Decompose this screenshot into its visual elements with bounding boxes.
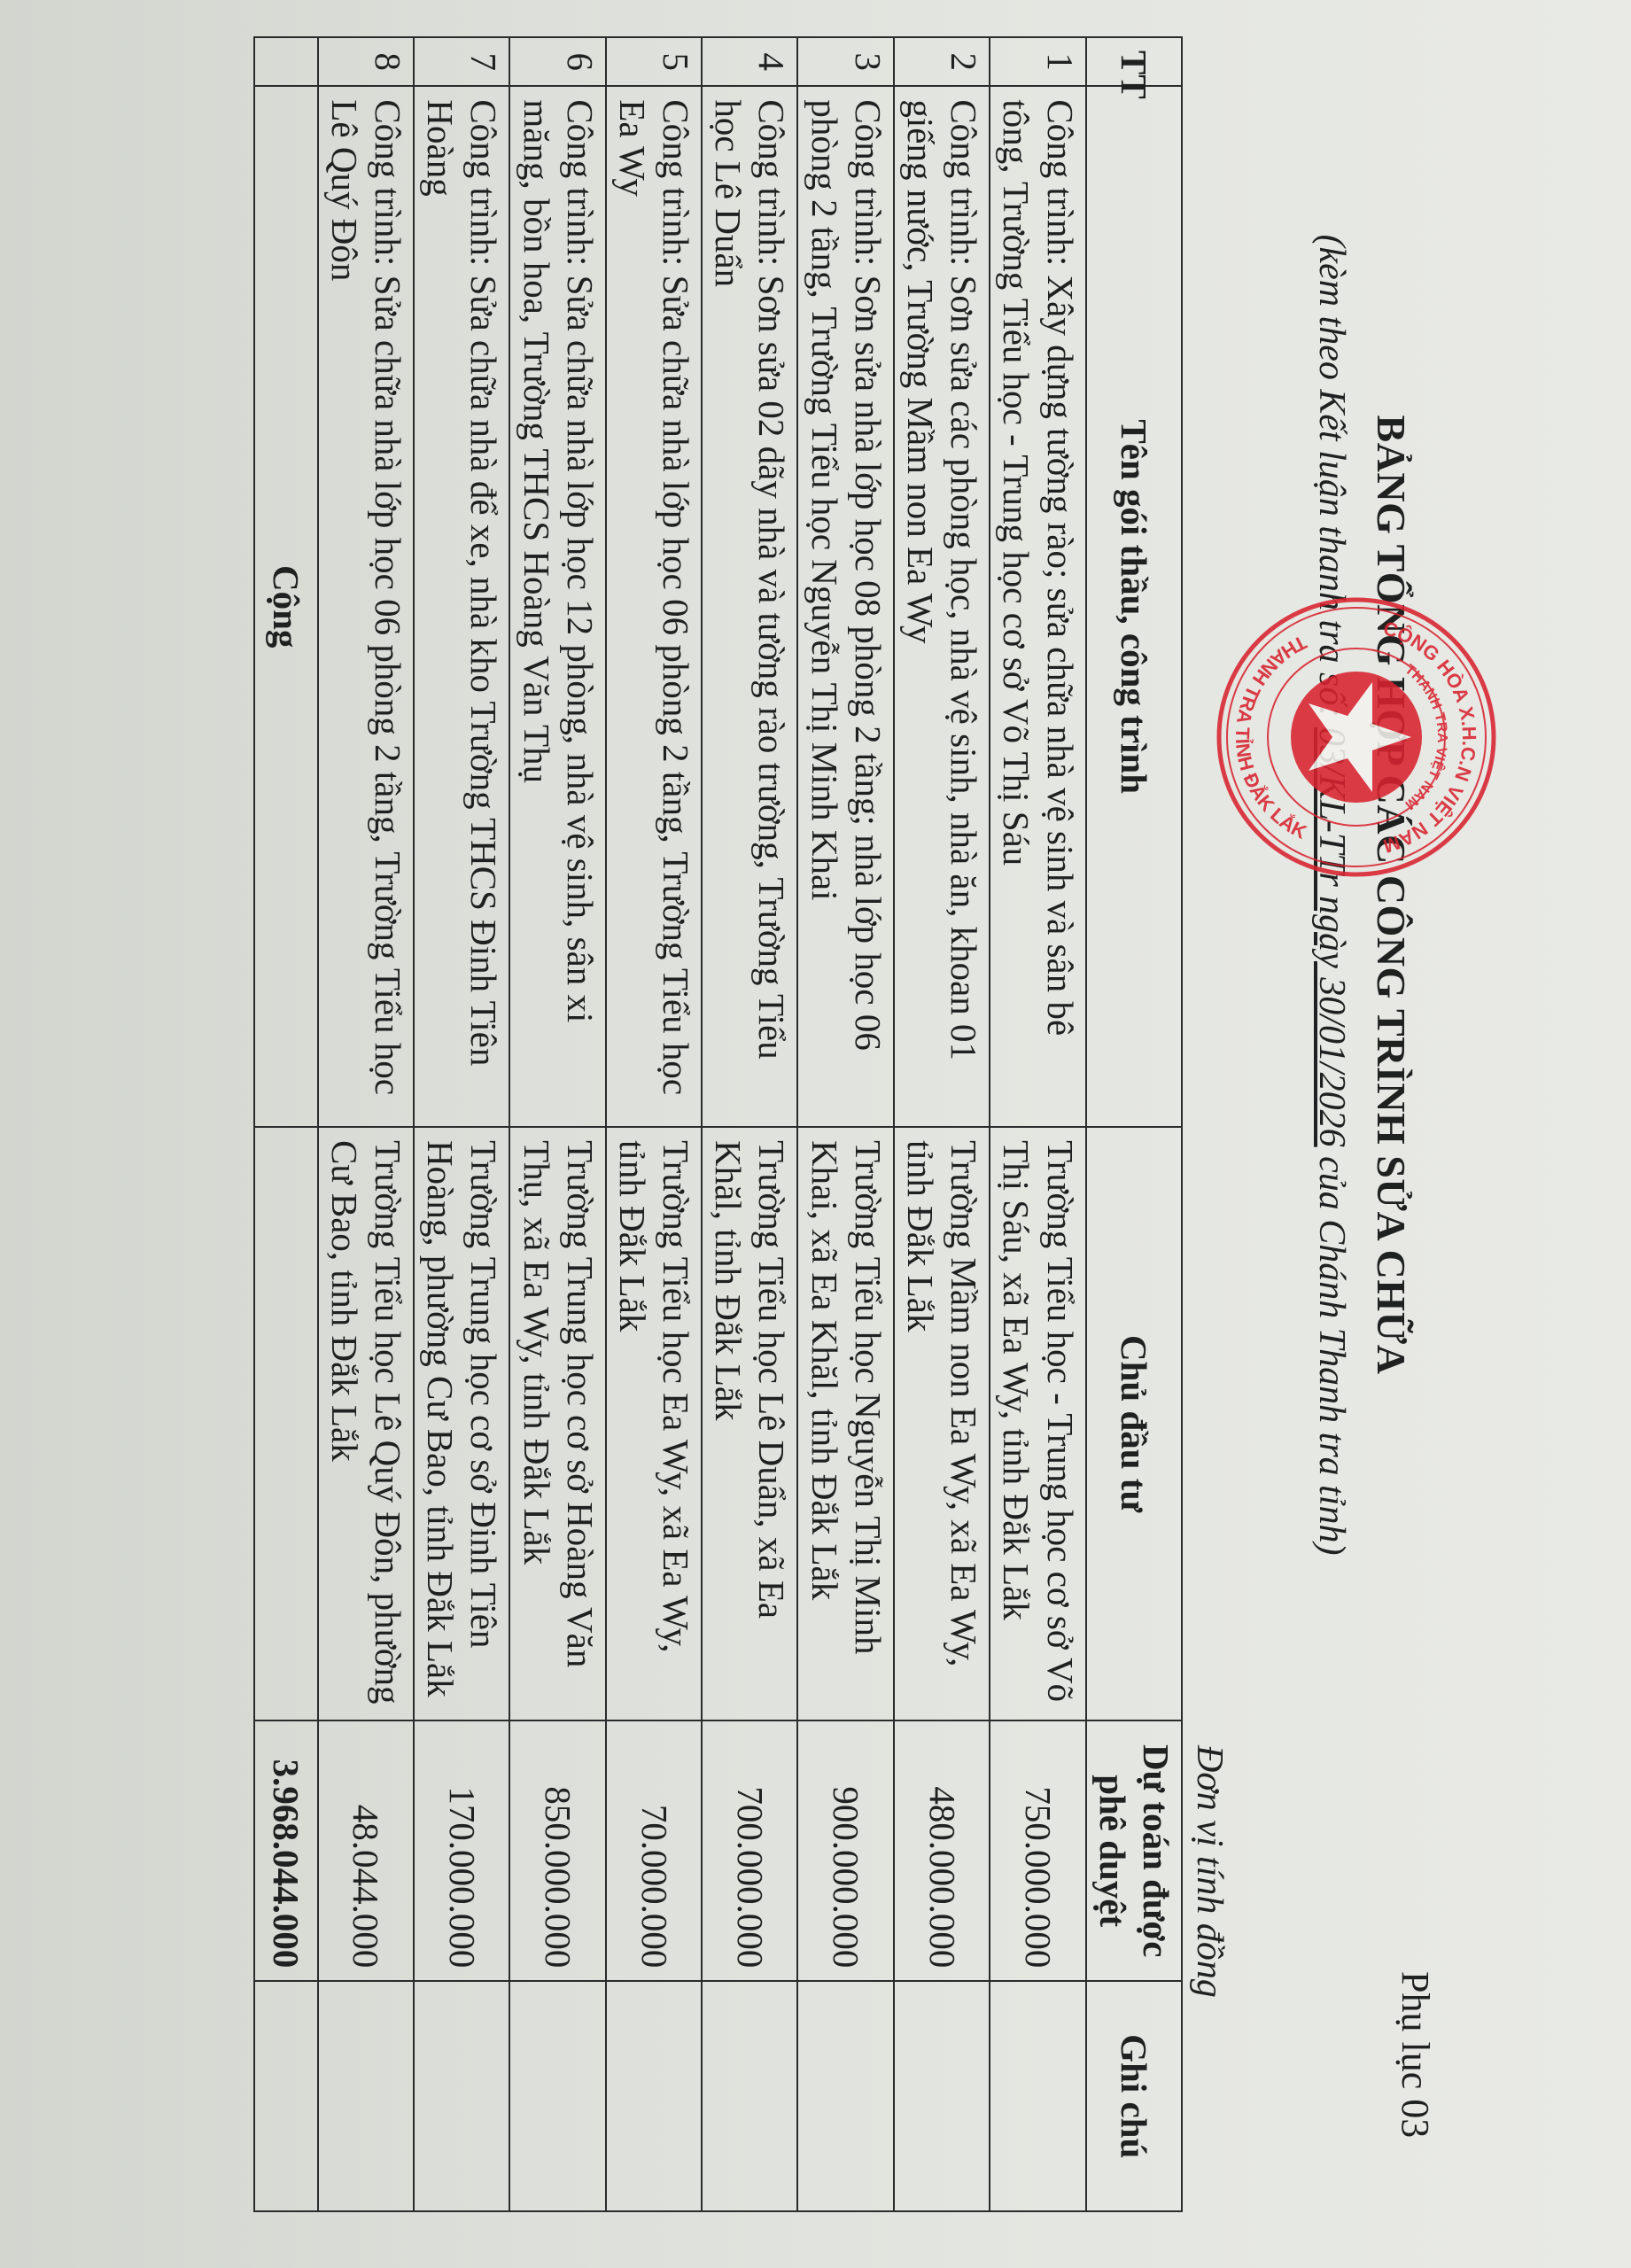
table-row: 5Công trình: Sửa chữa nhà lớp học 06 phò… [606, 37, 702, 2211]
row-number: 3 [798, 37, 894, 86]
approved-budget: 750.000.000 [990, 1720, 1085, 1981]
header-name: Tên gói thầu, công trình [1086, 86, 1182, 1127]
investor: Trường Trung học cơ sở Đinh Tiên Hoàng, … [414, 1127, 509, 1720]
note [990, 1981, 1085, 2211]
investor: Trường Tiểu học Lê Quý Đôn, phường Cư Ba… [318, 1127, 414, 1720]
row-number: 4 [702, 37, 797, 86]
work-name: Công trình: Sơn sửa 02 dãy nhà và tường … [702, 86, 797, 1127]
note [798, 1981, 894, 2211]
approved-budget: 480.000.000 [894, 1720, 990, 1981]
note [509, 1981, 605, 2211]
header-budget: Dự toán được phê duyệt [1086, 1720, 1182, 1981]
approved-budget: 170.000.000 [414, 1720, 509, 1981]
work-name: Công trình: Sửa chữa nhà lớp học 06 phòn… [606, 86, 702, 1127]
approved-budget: 850.000.000 [509, 1720, 605, 1981]
document-subtitle: (kèm theo Kết luận thanh tra số: 03/KL-T… [1310, 0, 1353, 1790]
header-note: Ghi chú [1086, 1981, 1182, 2211]
header-owner: Chủ đầu tư [1086, 1127, 1182, 1720]
row-number: 6 [509, 37, 605, 86]
note [606, 1981, 702, 2211]
repair-works-table: TT Tên gói thầu, công trình Chủ đầu tư D… [253, 36, 1183, 2212]
table-row: 1Công trình: Xây dựng tường rào; sửa chữ… [990, 37, 1085, 2211]
total-label: Cộng [254, 86, 318, 1127]
document-title: BẢNG TỔNG HỢP CÁC CÔNG TRÌNH SỬA CHỮA [1368, 0, 1415, 1790]
row-number: 5 [606, 37, 702, 86]
note [318, 1981, 414, 2211]
total-owner-cell [254, 1127, 318, 1720]
investor: Trường Tiểu học - Trung học cơ sở Võ Thị… [990, 1127, 1085, 1720]
table-body: 1Công trình: Xây dựng tường rào; sửa chữ… [318, 37, 1086, 2211]
subtitle-prefix: (kèm theo Kết luận thanh tra số: [1311, 234, 1352, 726]
investor: Trường Tiểu học Lê Duẩn, xã Ea Khăl, tỉn… [702, 1127, 797, 1720]
approved-budget: 70.000.000 [606, 1720, 702, 1981]
document-page: Phụ lục 03 BẢNG TỔNG HỢP CÁC CÔNG TRÌNH … [0, 0, 1631, 2268]
stamp-bottom-text: THANH TRA TỈNH ĐẮK LẮK [1231, 631, 1310, 843]
header-tt: TT [1086, 37, 1182, 86]
investor: Trường Tiểu học Nguyễn Thị Minh Khai, xã… [798, 1127, 894, 1720]
investor: Trường Mầm non Ea Wy, xã Ea Wy, tỉnh Đắk… [894, 1127, 990, 1720]
approved-budget: 48.044.000 [318, 1720, 414, 1981]
work-name: Công trình: Sửa chữa nhà lớp học 12 phòn… [509, 86, 605, 1127]
table-header-row: TT Tên gói thầu, công trình Chủ đầu tư D… [1086, 37, 1182, 2211]
subtitle-suffix: của Chánh Thanh tra tỉnh) [1311, 1147, 1352, 1556]
subtitle-document-number: 03/KL-TTr ngày 30/01/2026 [1311, 727, 1352, 1147]
work-name: Công trình: Sửa chữa nhà lớp học 06 phòn… [318, 86, 414, 1127]
total-row: Cộng 3.968.044.000 [254, 37, 318, 2211]
table-row: 8Công trình: Sửa chữa nhà lớp học 06 phò… [318, 37, 414, 2211]
total-note-cell [254, 1981, 318, 2211]
row-number: 2 [894, 37, 990, 86]
investor: Trường Trung học cơ sở Hoàng Văn Thụ, xã… [509, 1127, 605, 1720]
work-name: Công trình: Sửa chữa nhà để xe, nhà kho … [414, 86, 509, 1127]
unit-note: Đơn vị tính đồng [1188, 1745, 1231, 1998]
approved-budget: 900.000.000 [798, 1720, 894, 1981]
official-seal-icon: CỘNG HÒA X.H.C.N VIỆT NAM THANH TRA VIỆT… [1215, 595, 1498, 879]
investor: Trường Tiểu học Ea Wy, xã Ea Wy, tỉnh Đắ… [606, 1127, 702, 1720]
total-tt-cell [254, 37, 318, 86]
table-row: 3Công trình: Sơn sửa nhà lớp học 08 phòn… [798, 37, 894, 2211]
note [894, 1981, 990, 2211]
work-name: Công trình: Xây dựng tường rào; sửa chữa… [990, 86, 1085, 1127]
appendix-label: Phụ lục 03 [1393, 1971, 1438, 2138]
table-row: 6Công trình: Sửa chữa nhà lớp học 12 phò… [509, 37, 605, 2211]
note [414, 1981, 509, 2211]
table-row: 7Công trình: Sửa chữa nhà để xe, nhà kho… [414, 37, 509, 2211]
row-number: 8 [318, 37, 414, 86]
table-row: 2Công trình: Sơn sửa các phòng học, nhà … [894, 37, 990, 2211]
work-name: Công trình: Sơn sửa các phòng học, nhà v… [894, 86, 990, 1127]
note [702, 1981, 797, 2211]
row-number: 7 [414, 37, 509, 86]
approved-budget: 700.000.000 [702, 1720, 797, 1981]
total-budget: 3.968.044.000 [254, 1720, 318, 1981]
work-name: Công trình: Sơn sửa nhà lớp học 08 phòng… [798, 86, 894, 1127]
table-row: 4Công trình: Sơn sửa 02 dãy nhà và tường… [702, 37, 797, 2211]
svg-text:THANH TRA TỈNH ĐẮK LẮK: THANH TRA TỈNH ĐẮK LẮK [1231, 631, 1310, 843]
row-number: 1 [990, 37, 1085, 86]
